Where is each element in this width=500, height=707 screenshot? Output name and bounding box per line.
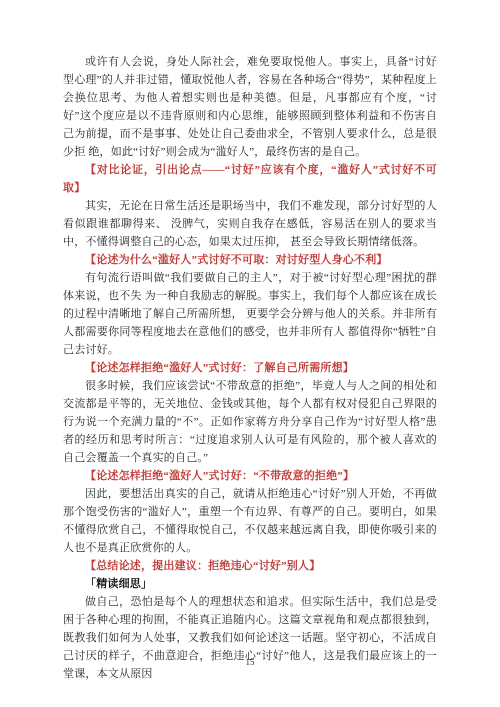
document-page: 或许有人会说，身处人际社会，难免要取悦他人。事实上，具备“讨好型心理”的人并非过… [0, 0, 500, 707]
page-number: 15 [0, 657, 500, 667]
analysis-annotation-2: 【论述为什么“滥好人”式讨好不可取：对讨好型人身心不利】 [63, 251, 437, 269]
body-paragraph-6: 做自己，恐怕是每个人的理想状态和追求。但实际生活中，我们总是受困于各种心理的拘囿… [63, 593, 437, 683]
analysis-annotation-3: 【论述怎样拒绝“滥好人”式讨好：了解自己所需所想】 [63, 359, 437, 377]
body-paragraph-3: 有句流行语叫做“我们要做自己的主人”，对于被“讨好型心理”困扰的群体来说，也不失… [63, 269, 437, 359]
body-paragraph-2: 其实，无论在日常生活还是职场当中，我们不难发现，部分讨好型的人看似跟谁都聊得来、… [63, 197, 437, 251]
analysis-annotation-1: 【对比论证，引出论点——“讨好”应该有个度，“滥好人”式讨好不可取】 [63, 161, 437, 197]
analysis-annotation-4: 【论述怎样拒绝“滥好人”式讨好：“不带敌意的拒绝”】 [63, 467, 437, 485]
analysis-annotation-5: 【总结论述，提出建议：拒绝违心“讨好”别人】 [63, 557, 437, 575]
body-paragraph-1: 或许有人会说，身处人际社会，难免要取悦他人。事实上，具备“讨好型心理”的人并非过… [63, 53, 437, 161]
body-paragraph-4: 很多时候，我们应该尝试“不带敌意的拒绝”，毕竟人与人之间的相处和交流都是平等的，… [63, 377, 437, 467]
section-heading-jingdu-xisi: 「精读细思」 [63, 575, 437, 593]
document-body: 或许有人会说，身处人际社会，难免要取悦他人。事实上，具备“讨好型心理”的人并非过… [63, 53, 437, 683]
body-paragraph-5: 因此，要想活出真实的自己，就请从拒绝违心“讨好”别人开始，不再做那个饱受伤害的“… [63, 485, 437, 557]
